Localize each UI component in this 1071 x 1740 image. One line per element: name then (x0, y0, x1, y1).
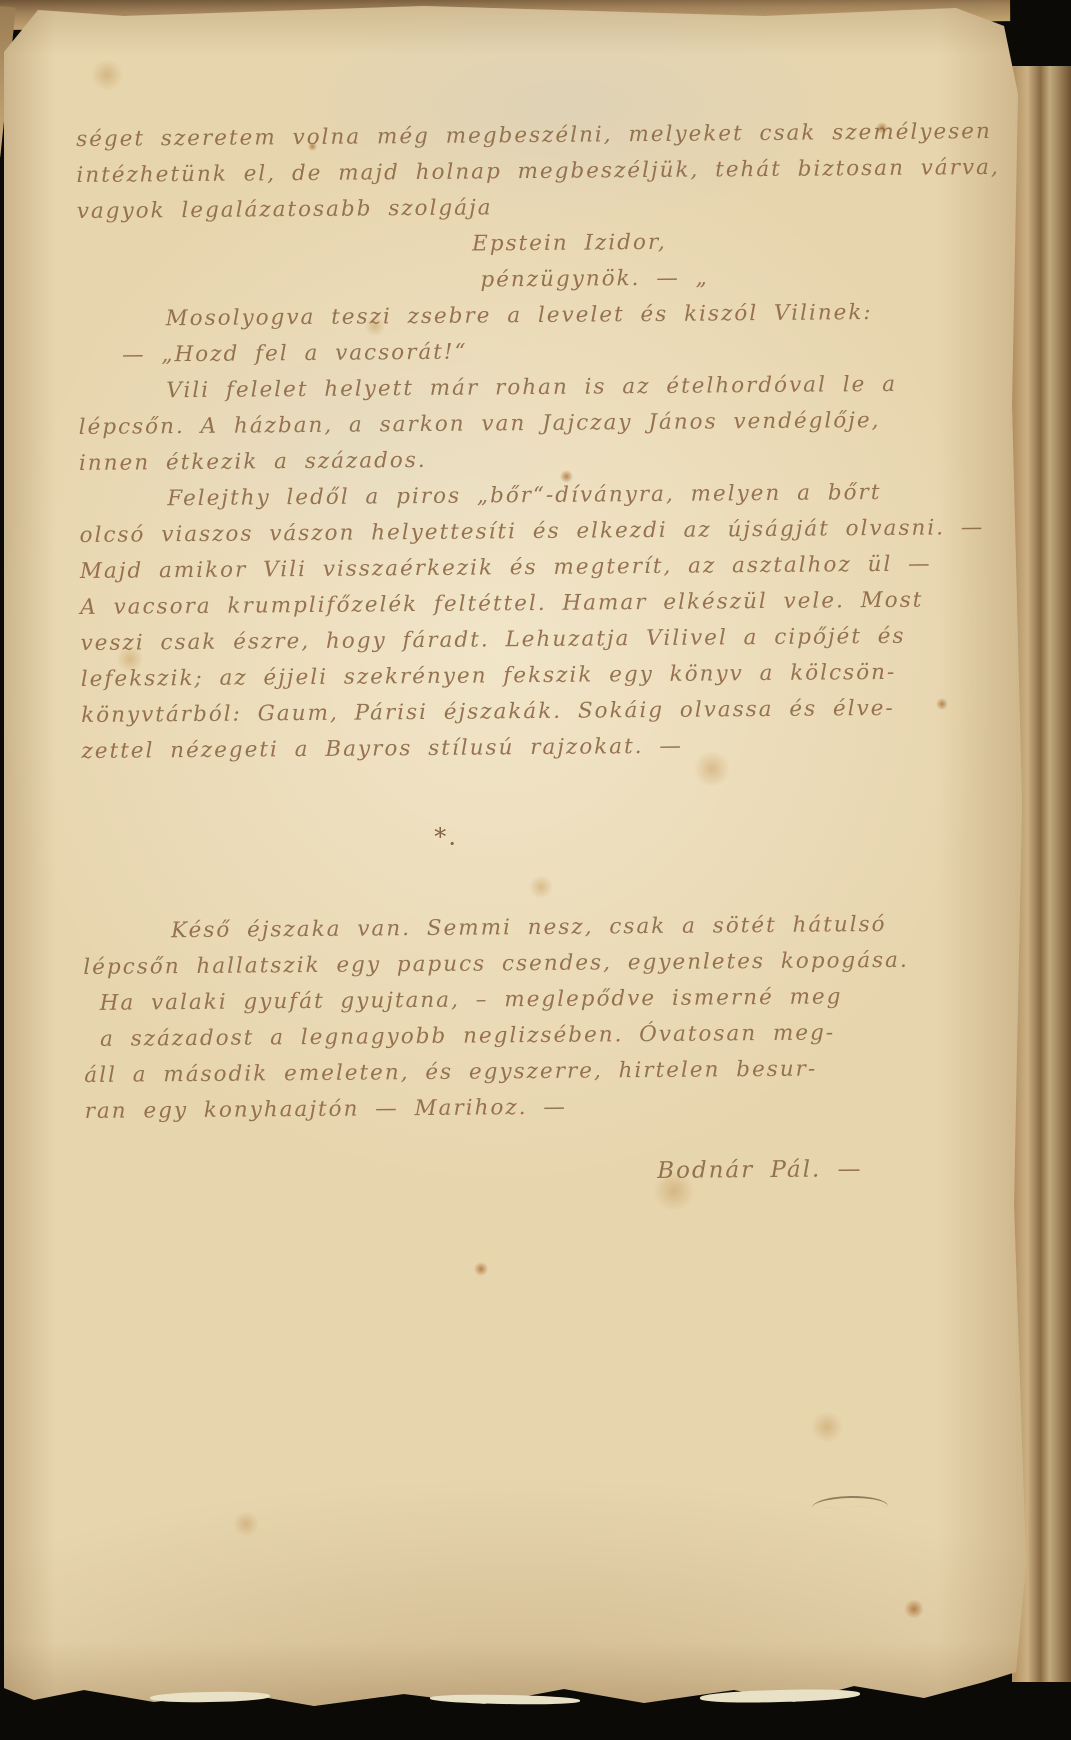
section-separator-asterisk: *. (82, 814, 950, 858)
stain-spot (232, 1512, 260, 1536)
manuscript-text: séget szeretem volna még megbeszélni, me… (76, 114, 953, 1194)
manuscript-line: a századost a legnagyobb neglizsében. Óv… (84, 1014, 952, 1058)
stain-spot (474, 1262, 488, 1276)
manuscript-line: lépcsőn. A házban, a sarkon van Jajczay … (79, 402, 947, 446)
stain-spot (904, 1600, 924, 1618)
stain-spot (90, 60, 124, 90)
torn-paper-fragment (430, 1694, 580, 1706)
scanned-manuscript: { "document_type": "Handwritten manuscri… (0, 0, 1071, 1740)
manuscript-line: Mosolyogva teszi zsebre a levelet és kis… (78, 294, 946, 338)
author-signature: Bodnár Pál. — (85, 1150, 953, 1194)
manuscript-line: könyvtárból: Gaum, Párisi éjszakák. Soká… (81, 690, 949, 734)
manuscript-line: intézhetünk el, de majd holnap megbeszél… (76, 150, 944, 194)
manuscript-line: ran egy konyhaajtón — Marihoz. — (84, 1086, 952, 1130)
manuscript-line: zettel nézegeti a Bayros stílusú rajzoka… (81, 726, 949, 770)
stain-spot (810, 1412, 844, 1442)
